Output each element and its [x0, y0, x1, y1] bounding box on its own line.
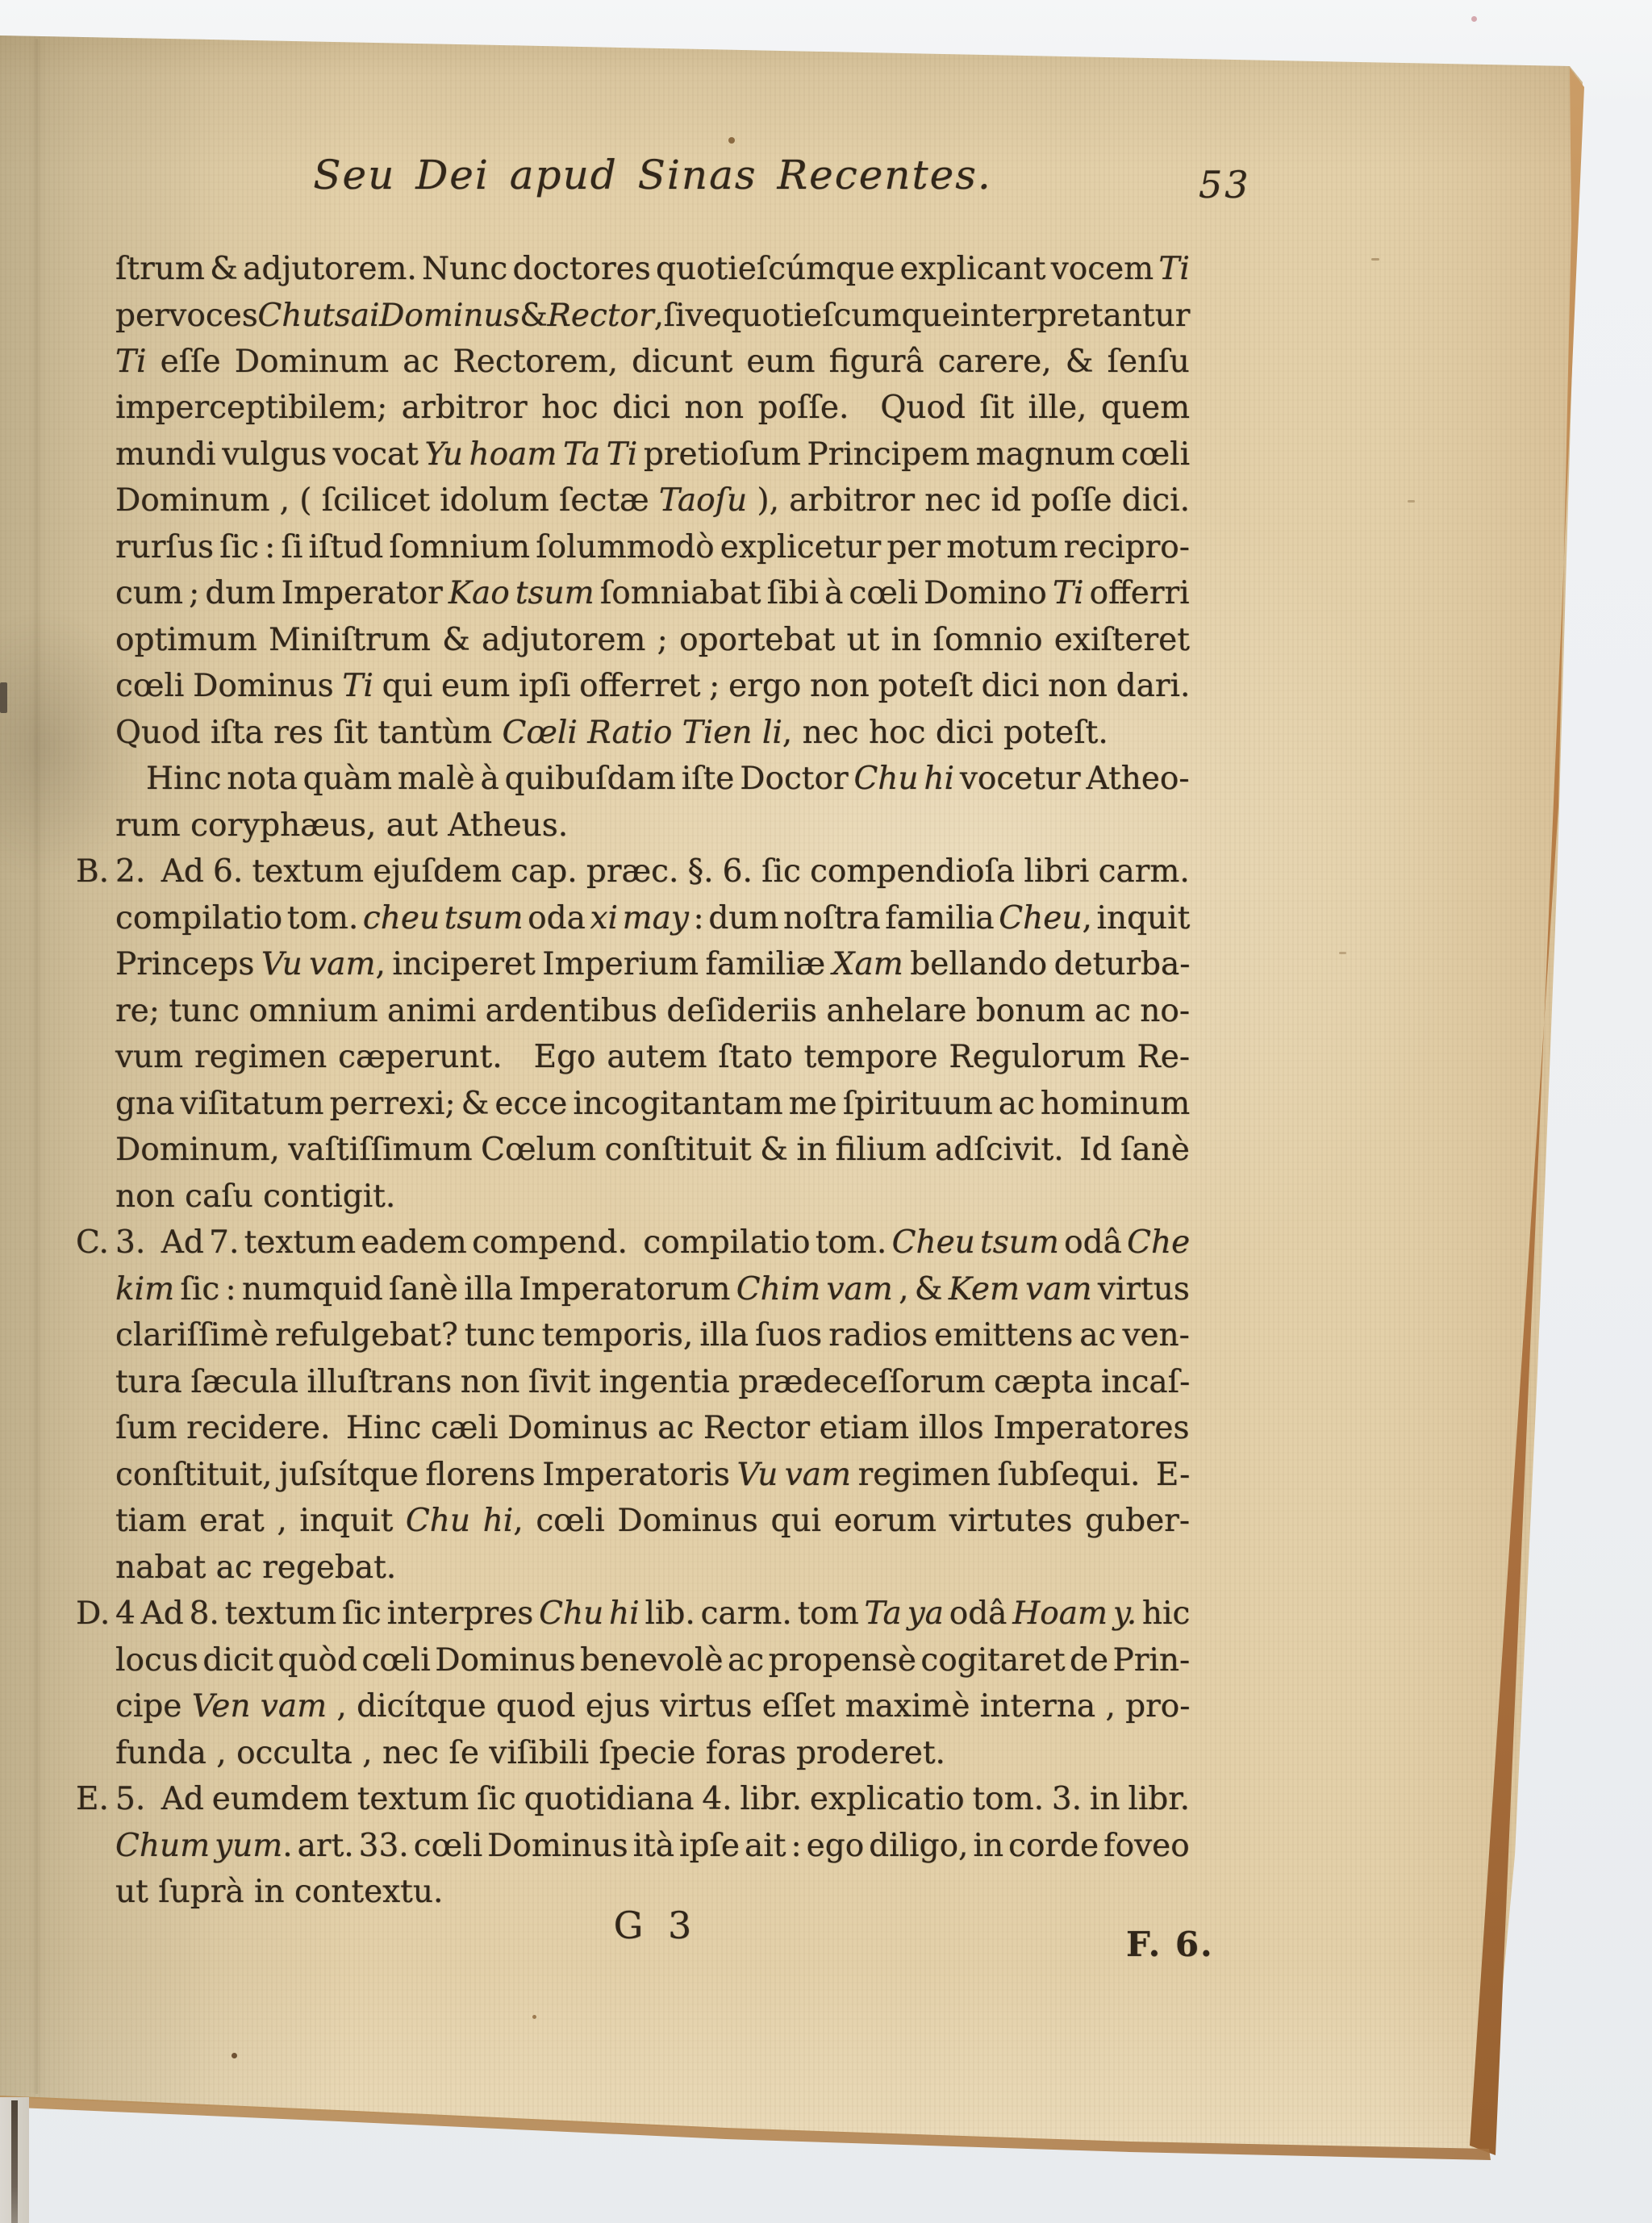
- text-line: per voces Chu tsai Dominus & Rector, ſiv…: [115, 297, 1190, 336]
- text-run: virtus: [1092, 1271, 1190, 1308]
- text-line: cipe Ven vam , dicítque quod ejus virtus…: [115, 1687, 1190, 1726]
- italic-term: Ti: [115, 344, 147, 380]
- text-line: kim ſic : numquid ſanè illa Imperatorum …: [115, 1270, 1190, 1309]
- italic-term: Ven vam: [192, 1688, 327, 1725]
- text-line: rum coryphæus, aut Atheus.: [115, 807, 568, 845]
- text-run: Dominum, vaſtiſſimum Cœlum conſtituit & …: [115, 1132, 1190, 1168]
- text-run: funda , occulta , nec ſe viſibili ſpecie…: [115, 1735, 945, 1771]
- text-line: gna viſitatum perrexi; & ecce incogitant…: [115, 1085, 1190, 1124]
- text-line: locus dicit quòd cœli Dominus benevolè a…: [115, 1641, 1190, 1680]
- text-line: C.3. Ad 7. textum eadem compend. compila…: [115, 1224, 1190, 1262]
- text-run: vocetur Atheo-: [954, 761, 1190, 797]
- text-line: non caſu contigit.: [115, 1178, 395, 1216]
- text-line: ut ſuprà in contextu.: [115, 1873, 443, 1912]
- text-line: Dominum , ( ſcilicet idolum ſectæ Taoſu …: [115, 482, 1190, 520]
- italic-term: Ti: [1158, 251, 1190, 287]
- text-run: ut ſuprà in contextu.: [115, 1874, 443, 1910]
- text-run: oda: [524, 900, 590, 936]
- text-run: 2. Ad 6. textum ejuſdem cap. præc. §. 6.…: [115, 853, 1190, 890]
- italic-term: Chu hi: [539, 1595, 640, 1632]
- text-line: vum regimen cæperunt. Ego autem ſtato te…: [115, 1038, 1190, 1077]
- catchword: F. 6.: [1126, 1925, 1214, 1964]
- text-run: , ſive quotieſcumque interpretantur: [654, 298, 1191, 334]
- text-line: re; tunc omnium animi ardentibus deſider…: [115, 992, 1190, 1031]
- page-number: 53: [1199, 163, 1251, 206]
- text-line: Quod iſta res ſit tantùm Cœli Ratio Tien…: [115, 714, 1108, 753]
- text-run: ſomniabat ſibi à cœli Domino: [594, 575, 1053, 611]
- text-run: conſtituit, juſsítque florens Imperatori…: [115, 1457, 736, 1493]
- italic-term: Chu hi: [406, 1503, 513, 1539]
- text-run: 5. Ad eumdem textum ſic quotidiana 4. li…: [115, 1781, 1190, 1817]
- text-line: Princeps Vu vam, inciperet Imperium fami…: [115, 945, 1190, 984]
- italic-term: Chim vam: [736, 1271, 893, 1308]
- text-line: funda , occulta , nec ſe viſibili ſpecie…: [115, 1734, 945, 1773]
- text-run: rurſus ſic : ſi iſtud ſomnium ſolummodò …: [115, 529, 1190, 565]
- italic-term: Chu tsai Dominus: [257, 298, 519, 334]
- text-line: tiam erat , inquit Chu hi, cœli Dominus …: [115, 1502, 1190, 1541]
- paragraph-letter: B.: [76, 853, 109, 891]
- text-line: B.2. Ad 6. textum ejuſdem cap. præc. §. …: [115, 853, 1190, 891]
- text-run: 3. Ad 7. textum eadem compend. compilati…: [115, 1224, 892, 1261]
- text-line: mundi vulgus vocat Yu hoam Ta Ti pretioſ…: [115, 436, 1190, 474]
- text-run: , inquit: [1082, 900, 1190, 936]
- text-line: Dominum, vaſtiſſimum Cœlum conſtituit & …: [115, 1131, 1190, 1170]
- text-line: Chum yum. art. 33. cœli Dominus ità ipſe…: [115, 1827, 1190, 1866]
- text-run: odâ: [1059, 1224, 1127, 1261]
- text-run: compilatio tom.: [115, 900, 363, 936]
- text-run: ), arbitror nec id poſſe dici.: [747, 482, 1190, 519]
- italic-term: cheu tsum: [363, 900, 524, 936]
- text-line: D.4 Ad 8. textum ſic interpres Chu hi li…: [115, 1595, 1190, 1633]
- text-line: cœli Dominus Ti qui eum ipſi offerret ; …: [115, 667, 1190, 706]
- text-line: ſum recidere. Hinc cæli Dominus ac Recto…: [115, 1409, 1190, 1448]
- text-line: clariſſimè refulgebat? tunc temporis, il…: [115, 1316, 1190, 1355]
- text-run: , nec hoc dici poteſt.: [782, 715, 1108, 751]
- text-run: gna viſitatum perrexi; & ecce incogitant…: [115, 1086, 1190, 1122]
- text-run: offerri: [1083, 575, 1189, 611]
- text-line: Ti eſſe Dominum ac Rectorem, dicunt eum …: [115, 343, 1190, 382]
- text-run: imperceptibilem; arbitror hoc dici non p…: [115, 390, 1190, 426]
- italic-term: Xam: [832, 946, 903, 982]
- text-run: , inciperet Imperium familiæ: [375, 946, 832, 982]
- italic-term: xi may: [590, 900, 689, 936]
- italic-term: Vu vam: [736, 1457, 851, 1493]
- text-line: ſtrum & adjutorem. Nunc doctores quotieſ…: [115, 250, 1190, 289]
- text-run: clariſſimè refulgebat? tunc temporis, il…: [115, 1317, 1190, 1353]
- text-run: per voces: [115, 298, 257, 334]
- text-run: bellando deturba-: [903, 946, 1191, 982]
- italic-term: Che: [1127, 1224, 1190, 1261]
- text-run: ſic : numquid ſanè illa Imperatorum: [174, 1271, 736, 1308]
- text-run: , &: [893, 1271, 949, 1308]
- text-run: regimen ſubſequi. E-: [851, 1457, 1190, 1493]
- italic-term: Yu hoam Ta Ti: [424, 436, 637, 473]
- text-run: mundi vulgus vocat: [115, 436, 424, 473]
- text-line: E.5. Ad eumdem textum ſic quotidiana 4. …: [115, 1780, 1190, 1819]
- text-run: , cœli Dominus qui eorum virtutes guber-: [513, 1503, 1190, 1539]
- italic-term: Ti: [342, 668, 373, 704]
- text-run: tura ſæcula illuſtrans non ſivit ingenti…: [115, 1364, 1190, 1400]
- text-run: : dum noſtra familia: [689, 900, 999, 936]
- text-run: . art. 33. cœli Dominus ità ipſe ait : e…: [282, 1828, 1189, 1864]
- italic-term: Cheu tsum: [892, 1224, 1059, 1261]
- text-run: hic: [1137, 1595, 1190, 1632]
- text-run: non caſu contigit.: [115, 1178, 395, 1215]
- text-run: &: [520, 298, 548, 334]
- italic-term: Kem vam: [949, 1271, 1092, 1308]
- text-run: pretioſum Principem magnum cœli: [637, 436, 1190, 473]
- text-line: imperceptibilem; arbitror hoc dici non p…: [115, 389, 1190, 427]
- text-layer: Seu Dei apud Sinas Recentes. 53 G 3 F. 6…: [0, 0, 1652, 2223]
- italic-term: Ta ya: [865, 1595, 944, 1632]
- book-cover-line: [11, 2100, 18, 2223]
- text-run: Dominum , ( ſcilicet idolum ſectæ: [115, 482, 659, 519]
- italic-term: Chum yum: [115, 1828, 282, 1864]
- background-speck: [1471, 16, 1477, 22]
- text-line: rurſus ſic : ſi iſtud ſomnium ſolummodò …: [115, 528, 1190, 567]
- paragraph-letter: D.: [76, 1595, 110, 1633]
- paragraph-letter: E.: [76, 1780, 109, 1819]
- text-line: optimum Miniſtrum & adjutorem ; oporteba…: [115, 621, 1190, 660]
- book-page-paper: Seu Dei apud Sinas Recentes. 53 G 3 F. 6…: [0, 0, 1652, 2223]
- italic-term: Kao tsum: [448, 575, 594, 611]
- italic-term: Ti: [1053, 575, 1084, 611]
- text-run: Princeps: [115, 946, 261, 982]
- italic-term: Cœli Ratio Tien li: [502, 715, 782, 751]
- text-run: tiam erat , inquit: [115, 1503, 406, 1539]
- text-run: ſum recidere. Hinc cæli Dominus ac Recto…: [115, 1410, 1190, 1446]
- text-run: rum coryphæus, aut Atheus.: [115, 807, 568, 844]
- text-line: cum ; dum Imperator Kao tsum ſomniabat ſ…: [115, 574, 1190, 613]
- text-run: eſſe Dominum ac Rectorem, dicunt eum fig…: [147, 344, 1190, 380]
- text-run: ſtrum & adjutorem. Nunc doctores quotieſ…: [115, 251, 1158, 287]
- italic-term: Cheu: [999, 900, 1082, 936]
- text-run: , dicítque quod ejus virtus eſſet maximè…: [327, 1688, 1190, 1725]
- text-run: locus dicit quòd cœli Dominus benevolè a…: [115, 1642, 1190, 1679]
- text-line: conſtituit, juſsítque florens Imperatori…: [115, 1456, 1190, 1495]
- text-run: lib. carm. tom: [640, 1595, 865, 1632]
- text-run: nabat ac regebat.: [115, 1549, 396, 1586]
- text-run: Hinc nota quàm malè à quibuſdam iſte Doc…: [146, 761, 853, 797]
- text-run: optimum Miniſtrum & adjutorem ; oporteba…: [115, 622, 1190, 658]
- text-line: Hinc nota quàm malè à quibuſdam iſte Doc…: [115, 760, 1190, 799]
- text-run: cum ; dum Imperator: [115, 575, 448, 611]
- text-run: odâ: [944, 1595, 1012, 1632]
- italic-term: Rector: [548, 298, 654, 334]
- text-run: cœli Dominus: [115, 668, 342, 704]
- text-run: vum regimen cæperunt. Ego autem ſtato te…: [115, 1039, 1190, 1075]
- text-run: cipe: [115, 1688, 192, 1725]
- text-run: re; tunc omnium animi ardentibus deſider…: [115, 993, 1190, 1029]
- text-run: 4 Ad 8. textum ſic interpres: [115, 1595, 539, 1632]
- italic-term: Hoam y.: [1012, 1595, 1137, 1632]
- italic-term: Vu vam: [261, 946, 376, 982]
- italic-term: kim: [115, 1271, 174, 1308]
- text-run: qui eum ipſi offerret ; ergo non poteſt …: [373, 668, 1191, 704]
- paragraph-letter: C.: [76, 1224, 109, 1262]
- text-line: tura ſæcula illuſtrans non ſivit ingenti…: [115, 1363, 1190, 1402]
- running-title: Seu Dei apud Sinas Recentes.: [115, 152, 1190, 198]
- italic-term: Chu hi: [853, 761, 954, 797]
- text-run: Quod iſta res ſit tantùm: [115, 715, 502, 751]
- scanned-book-page: Seu Dei apud Sinas Recentes. 53 G 3 F. 6…: [0, 0, 1652, 2223]
- text-line: compilatio tom. cheu tsum oda xi may : d…: [115, 899, 1190, 938]
- text-line: nabat ac regebat.: [115, 1549, 396, 1587]
- italic-term: Taoſu: [659, 482, 747, 519]
